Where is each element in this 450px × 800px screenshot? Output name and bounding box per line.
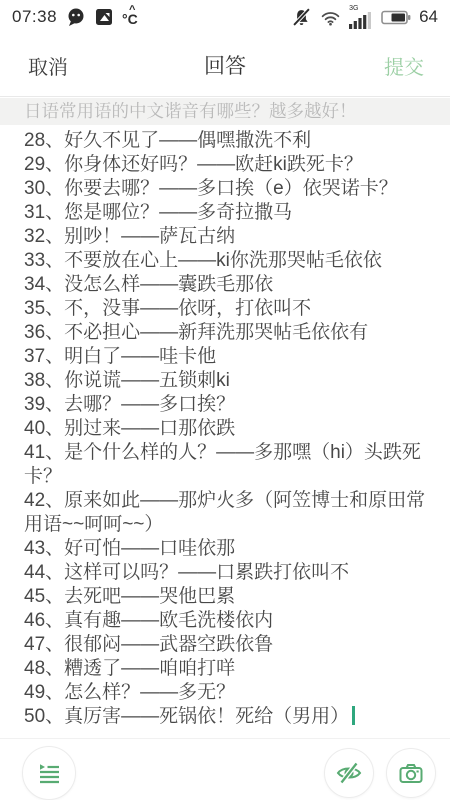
answer-compose-screen: 07:38 ^ °C xyxy=(0,0,450,800)
mute-icon xyxy=(291,7,312,28)
wechat-icon xyxy=(66,7,86,27)
answer-line: 45、去死吧——哭他巴累 xyxy=(0,585,450,609)
answer-line: 39、去哪？——多口挨？ xyxy=(0,393,450,417)
page-title: 回答 xyxy=(0,50,450,80)
answer-line: 43、好可怕——口哇依那 xyxy=(0,537,450,561)
answer-line: 30、你要去哪？——多口挨（e）依哭诺卡？ xyxy=(0,177,450,201)
answer-line: 37、明白了——哇卡他 xyxy=(0,345,450,369)
answer-line: 32、别吵！——萨瓦古纳 xyxy=(0,225,450,249)
answer-editor[interactable]: 27、你真好——依帕拉西依 28、好久不见了——偶嘿撒洗不利 29、你身体还好吗… xyxy=(0,105,450,738)
answer-line: 31、您是哪位？——多奇拉撒马 xyxy=(0,201,450,225)
answer-line: 41、是个什么样的人？——多那嘿（hi）头跌死卡？ xyxy=(0,441,450,489)
status-bar: 07:38 ^ °C xyxy=(0,0,450,34)
eye-off-icon xyxy=(335,759,363,787)
nav-bar: 取消 回答 提交 xyxy=(0,34,450,97)
answer-line: 46、真有趣——欧毛洗楼依内 xyxy=(0,609,450,633)
answer-line: 38、你说谎——五锁刺ki xyxy=(0,369,450,393)
answer-line: 29、你身体还好吗？——欧赶ki跌死卡？ xyxy=(0,153,450,177)
question-title: 日语常用语的中文谐音有哪些？越多越好！ xyxy=(24,101,357,121)
gallery-icon xyxy=(95,8,113,26)
answer-line: 48、糟透了——咱咱打咩 xyxy=(0,657,450,681)
answer-line: 36、不必担心——新拜洗那哭帖毛依依有 xyxy=(0,321,450,345)
answer-line: 40、别过来——口那依跌 xyxy=(0,417,450,441)
temperature-icon: ^ °C xyxy=(122,7,138,27)
submit-button[interactable]: 提交 xyxy=(384,51,424,80)
anonymous-toggle-button[interactable] xyxy=(324,748,374,798)
question-title-banner: 日语常用语的中文谐音有哪些？越多越好！ xyxy=(0,98,450,125)
camera-icon xyxy=(397,759,425,787)
bottom-toolbar xyxy=(0,738,450,800)
answer-line: 28、好久不见了——偶嘿撒洗不利 xyxy=(0,129,450,153)
network-type-label: 3G xyxy=(349,5,358,12)
answer-line: 42、原来如此——那炉火多（阿笠博士和原田常用语~~呵呵~~） xyxy=(0,489,450,537)
ordered-list-button[interactable] xyxy=(22,746,76,800)
battery-percent: 64 xyxy=(419,7,438,27)
answer-line: 44、这样可以吗？——口累跌打依叫不 xyxy=(0,561,450,585)
answer-line: 47、很郁闷——武器空跌依鲁 xyxy=(0,633,450,657)
answer-line-last: 50、真厉害——死锅依！死给（男用） xyxy=(0,705,450,729)
wifi-icon xyxy=(320,8,341,26)
answer-line: 49、怎么样？——多无？ xyxy=(0,681,450,705)
answer-line: 34、没怎么样——囊跌毛那依 xyxy=(0,273,450,297)
camera-button[interactable] xyxy=(386,748,436,798)
battery-icon xyxy=(381,10,411,25)
ordered-list-icon xyxy=(35,759,63,787)
answer-line: 33、不要放在心上——ki你洗那哭帖毛依依 xyxy=(0,249,450,273)
text-cursor xyxy=(352,706,355,725)
status-time: 07:38 xyxy=(12,7,57,27)
answer-line: 35、不，没事——依呀，打依叫不 xyxy=(0,297,450,321)
signal-icon: 3G xyxy=(349,6,373,29)
